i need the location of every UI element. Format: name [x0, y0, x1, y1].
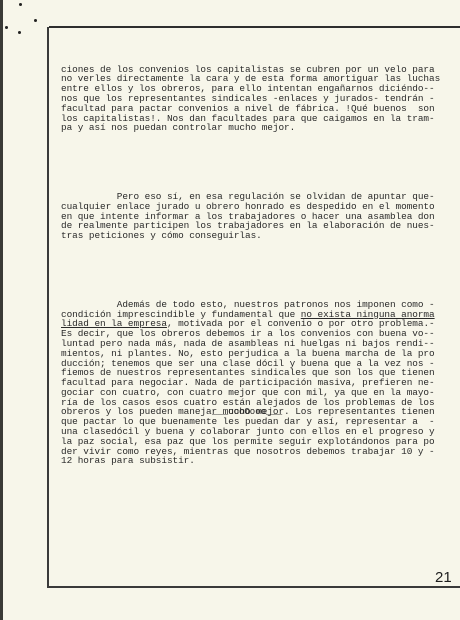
ink-speck — [34, 19, 37, 22]
section-separator: ___oooOooo___ — [212, 407, 282, 417]
frame-left-rule — [47, 27, 49, 588]
ink-speck — [19, 3, 22, 6]
text-line: tras peticiones y cómo conseguirlas. — [61, 230, 262, 241]
text-line: 12 horas para subsistir. — [61, 455, 195, 466]
text-line: pa y así nos puedan controlar mucho mejo… — [61, 122, 295, 133]
page-number: 21 — [435, 569, 452, 586]
frame-bottom-rule — [47, 586, 460, 588]
frame-top-rule — [49, 26, 460, 28]
ink-speck — [18, 31, 21, 34]
paragraph-2: Pero eso sí, en esa regulación se olvida… — [61, 192, 455, 241]
scan-edge — [0, 0, 3, 620]
paragraph-3: Además de todo esto, nuestros patronos n… — [61, 300, 455, 467]
ink-speck — [5, 26, 8, 29]
paragraph-1: ciones de los convenios los capitalistas… — [61, 65, 455, 134]
